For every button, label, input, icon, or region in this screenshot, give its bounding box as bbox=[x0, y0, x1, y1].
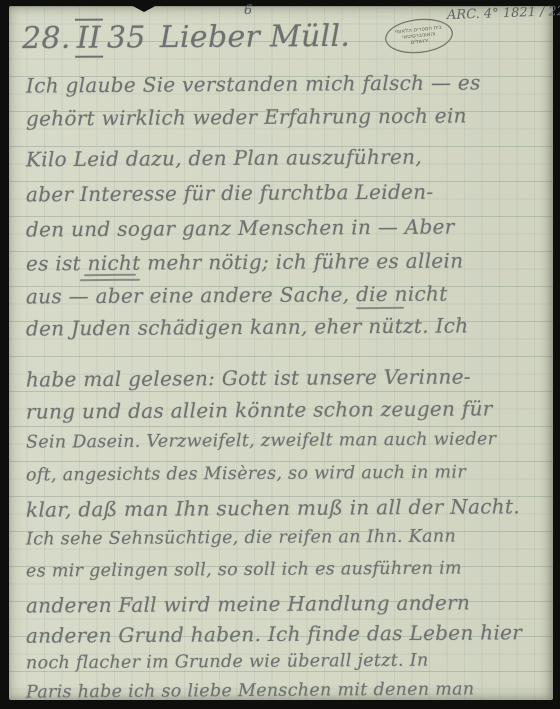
page-number: 6 bbox=[244, 3, 253, 18]
handwriting-line: es ist nicht mehr nötig; ich führe es al… bbox=[26, 248, 464, 275]
handwriting-line: habe mal gelesen: Gott ist unsere Verinn… bbox=[26, 364, 471, 391]
handwriting-line: Sein Dasein. Verzweifelt, zweifelt man a… bbox=[26, 429, 496, 452]
handwriting-line: Paris habe ich so liebe Menschen mit den… bbox=[26, 679, 475, 702]
handwriting-line: Kilo Leid dazu, den Plan auszuführen, bbox=[26, 145, 422, 172]
date-year: 35 bbox=[107, 20, 146, 55]
handwriting-line: den und sogar ganz Menschen in — Aber bbox=[26, 215, 455, 242]
date-and-salutation: 28.II35Lieber Müll. bbox=[22, 19, 350, 56]
handwriting-line: rung und das allein könnte schon zeugen … bbox=[26, 396, 493, 423]
handwriting-line: Ich glaube Sie verstanden mich falsch — … bbox=[26, 70, 481, 97]
date-day: 28. bbox=[22, 21, 71, 56]
date-month-roman: II bbox=[74, 19, 103, 58]
salutation: Lieber Müll. bbox=[160, 19, 351, 55]
handwriting-line: noch flacher im Grunde wie überall jetzt… bbox=[26, 651, 429, 674]
handwriting-line: anderen Fall wird meine Handlung andern bbox=[26, 590, 470, 617]
handwriting-line: es mir gelingen soll, so soll ich es aus… bbox=[26, 558, 462, 581]
handwriting-line: Ich sehe Sehnsüchtige, die reifen an Ihn… bbox=[26, 526, 456, 549]
handwriting-line: anderen Grund haben. Ich finde das Leben… bbox=[26, 620, 522, 647]
scanned-letter-page: 6 ARC. 4° 1821 / 22 בית הספרים הלאומי וה… bbox=[0, 0, 560, 709]
handwriting-line: oft, angesichts des Misères, so wird auc… bbox=[26, 462, 466, 485]
handwriting-line: den Juden schädigen kann, eher nützt. Ic… bbox=[26, 313, 469, 340]
handwriting-line: klar, daß man Ihn suchen muß in all der … bbox=[26, 494, 520, 521]
handwriting-line: aus — aber eine andere Sache, die nicht bbox=[26, 282, 448, 309]
handwriting-line: aber Interesse für die furchtba Leiden- bbox=[26, 180, 434, 207]
handwriting-line: gehört wirklich weder Erfahrung noch ein bbox=[26, 103, 467, 130]
stamp-text-line3: ירושלים bbox=[410, 38, 428, 46]
